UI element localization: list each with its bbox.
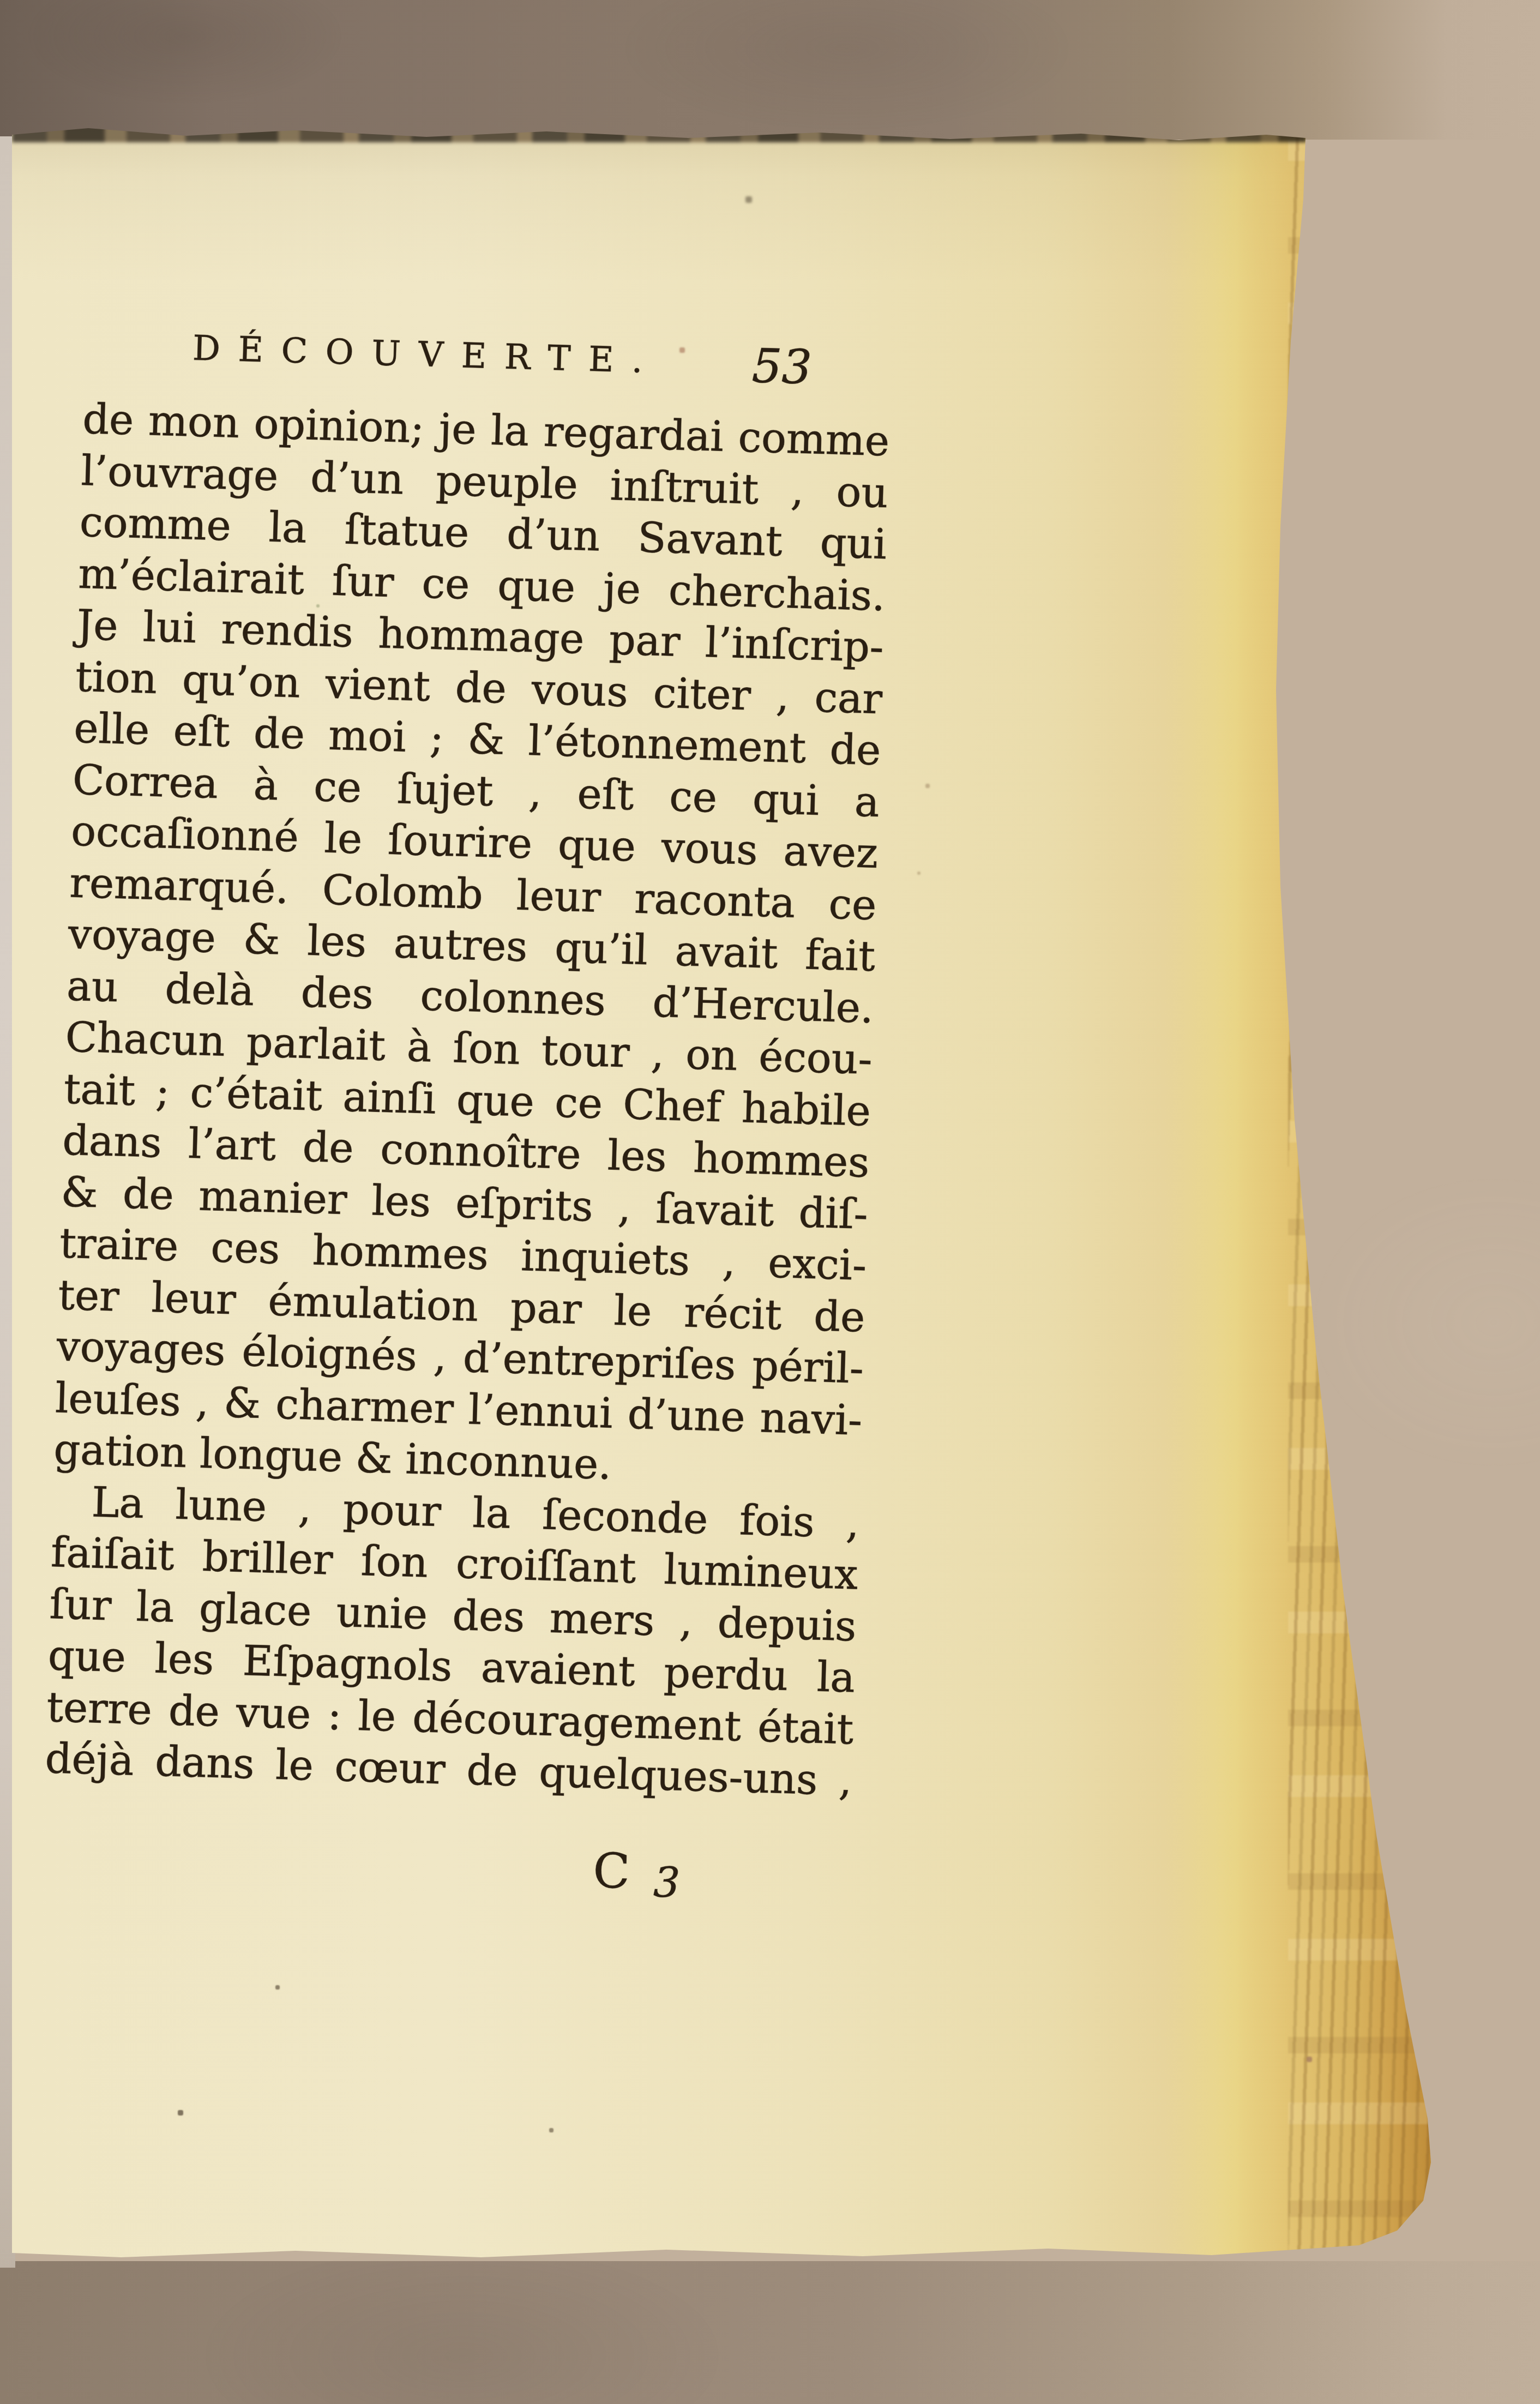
backdrop-top-strip <box>0 0 1540 140</box>
fore-edge-streaks <box>1288 112 1452 2266</box>
printed-content: DÉCOUVERTE. 53 de mon opinion; je la reg… <box>42 314 893 1906</box>
body-text: de mon opinion; je la regardai commel’ou… <box>45 393 891 1807</box>
book-page: DÉCOUVERTE. 53 de mon opinion; je la reg… <box>12 112 1452 2266</box>
running-title: DÉCOUVERTE. <box>192 328 661 381</box>
signature-mark: C 3 <box>592 1842 850 1906</box>
backdrop-bottom-strip <box>0 2261 1540 2404</box>
page-header: DÉCOUVERTE. 53 <box>192 317 892 389</box>
signature-numeral: 3 <box>653 1858 681 1907</box>
book-scan: DÉCOUVERTE. 53 de mon opinion; je la reg… <box>0 0 1540 2404</box>
signature-letter: C <box>592 1842 630 1900</box>
page-number: 53 <box>751 339 813 395</box>
